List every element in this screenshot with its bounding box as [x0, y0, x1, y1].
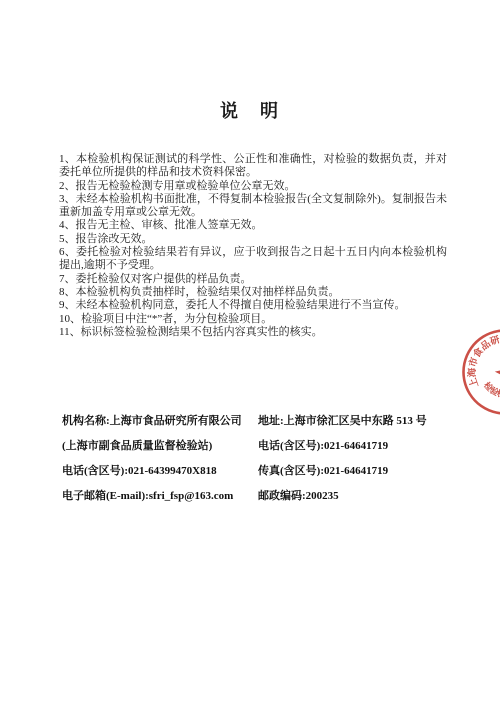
note-item: 6、委托检验对检验结果若有异议，应于收到报告之日起十五日内向本检验机构提出,逾期…	[59, 246, 447, 273]
note-item: 3、未经本检验机构书面批准，不得复制本检验报告(全文复制除外)。复制报告未重新加…	[59, 193, 447, 220]
note-item: 7、委托检验仅对客户提供的样品负责。	[59, 273, 447, 286]
stamp-top-text: 上海市食品研究所有限公司	[459, 326, 500, 391]
note-item: 9、未经本检验机构同意，委托人不得擅自使用检验结果进行不当宣传。	[59, 299, 447, 312]
stamp-bottom-text: 检验检测专用章	[481, 372, 500, 403]
note-item: 1、本检验机构保证测试的科学性、公正性和准确性，对检验的数据负责，并对委托单位所…	[59, 153, 447, 180]
contact-left-column: 机构名称:上海市食品研究所有限公司 (上海市副食品质量监督检验站) 电话(含区号…	[62, 416, 258, 516]
document-page: 说 明 1、本检验机构保证测试的科学性、公正性和准确性，对检验的数据负责，并对委…	[0, 0, 500, 706]
note-item: 8、本检验机构负责抽样时，检验结果仅对抽样样品负责。	[59, 286, 447, 299]
contact-right-column: 地址:上海市徐汇区吴中东路 513 号 电话(含区号):021-64641719…	[258, 416, 444, 516]
org-email-line: 电子邮箱(E-mail):sfri_fsp@163.com	[62, 491, 258, 503]
note-item: 10、检验项目中注“*”者，为分包检验项目。	[59, 313, 447, 326]
star-icon	[494, 361, 500, 383]
stamp-ring	[457, 324, 500, 420]
note-item: 2、报告无检验检测专用章或检验单位公章无效。	[59, 180, 447, 193]
note-item: 4、报告无主检、审核、批准人签章无效。	[59, 219, 447, 232]
contact-info: 机构名称:上海市食品研究所有限公司 (上海市副食品质量监督检验站) 电话(含区号…	[62, 416, 444, 516]
note-item: 11、标识标签检验检测结果不包括内容真实性的核实。	[59, 326, 447, 339]
org-phone-line: 电话(含区号):021-64399470X818	[62, 466, 258, 478]
org-name-line: 机构名称:上海市食品研究所有限公司	[62, 416, 258, 428]
org-subname-line: (上海市副食品质量监督检验站)	[62, 441, 258, 453]
notes-list: 1、本检验机构保证测试的科学性、公正性和准确性，对检验的数据负责，并对委托单位所…	[59, 153, 447, 339]
org-fax-line: 传真(含区号):021-64641719	[258, 466, 444, 478]
page-title: 说 明	[0, 97, 500, 123]
org-address-line: 地址:上海市徐汇区吴中东路 513 号	[258, 416, 444, 428]
org-postcode-line: 邮政编码:200235	[258, 491, 444, 503]
note-item: 5、报告涂改无效。	[59, 233, 447, 246]
org-phone2-line: 电话(含区号):021-64641719	[258, 441, 444, 453]
